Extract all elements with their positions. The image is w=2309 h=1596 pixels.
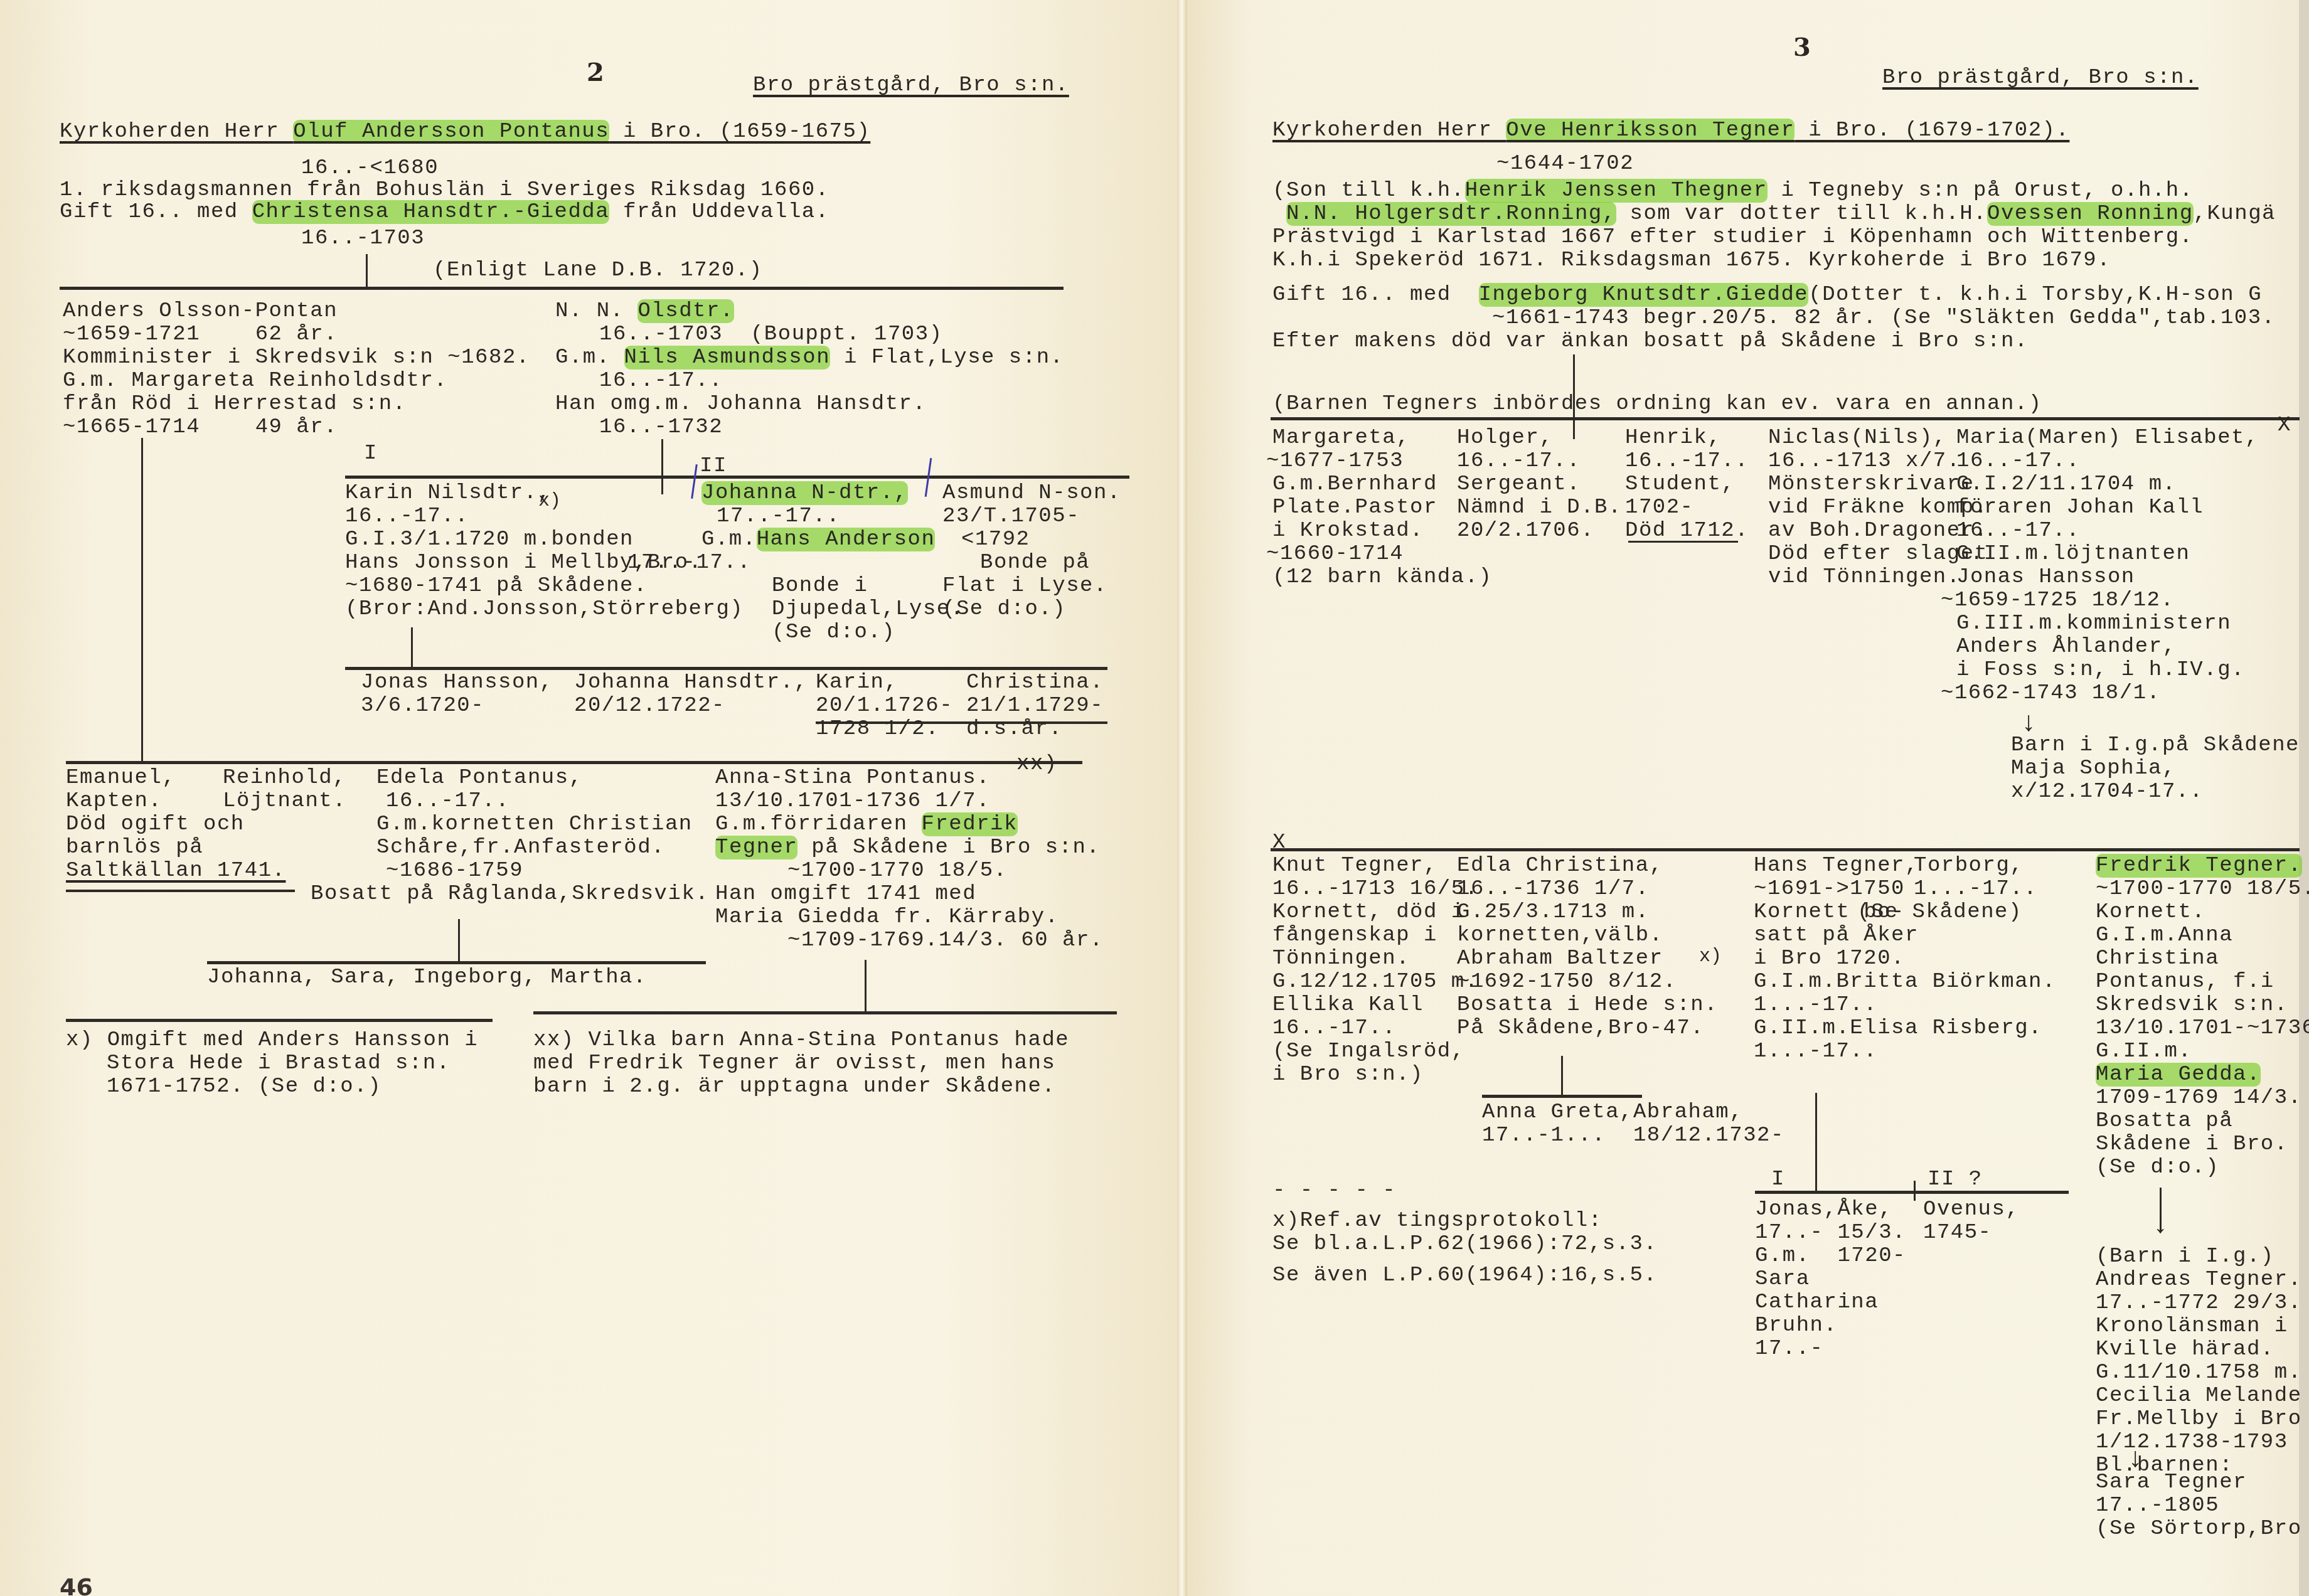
karin-line: ~1680-1741 på Skådene. xyxy=(345,575,648,598)
child-line: Johanna Hansdtr., xyxy=(574,671,808,694)
child-line: Tönningen. xyxy=(1272,947,1410,971)
child-line: 20/1.1726- xyxy=(816,694,953,718)
child-line: Nämnd i D.B. xyxy=(1457,496,1622,519)
child-line: föraren Johan Kall xyxy=(1956,496,2204,519)
anna-stina-line: ~1709-1769.14/3. 60 år. xyxy=(787,929,1104,952)
fredrik-line: Fr.Mellby i Bro xyxy=(2096,1408,2302,1431)
marriage-line: Gift 16.. med Christensa Hansdtr.-Giedda… xyxy=(60,201,829,224)
fredrik-line: Bosatta på xyxy=(2096,1110,2233,1133)
child-line: Catharina xyxy=(1755,1291,1879,1314)
child-line: Edla Christina, xyxy=(1457,854,1663,878)
fredrik-line: Sara Tegner xyxy=(2096,1471,2247,1494)
marriage-label: I xyxy=(364,442,378,465)
child-line: ~1691->1750 xyxy=(1754,878,1905,901)
page-title: Kyrkoherden Herr Oluf Andersson Pontanus… xyxy=(60,120,870,144)
child-line: Död 1712. xyxy=(1625,519,1749,543)
tree-line xyxy=(66,1019,493,1022)
child-line: Anders Åhlander, xyxy=(1956,636,2176,659)
child-line: satt på Åker xyxy=(1754,924,1919,947)
fredrik-line: Fredrik Tegner. xyxy=(2096,854,2302,878)
child-line: Ellika Kall xyxy=(1272,994,1424,1017)
life-dates: 16..-<1680 xyxy=(301,157,439,180)
child-line: 1702- xyxy=(1625,496,1694,519)
tree-line xyxy=(1815,1093,1817,1193)
child-line: G.I.2/11.1704 m. xyxy=(1956,473,2176,496)
nn-line2: 16..-1703 (Bouppt. 1703) xyxy=(599,323,943,346)
child-line: 21/1.1729- xyxy=(966,694,1104,718)
child-line: 3/6.1720- xyxy=(361,694,484,718)
child-line: ~1659-1725 18/12. xyxy=(1941,589,2174,612)
child-line: 1...-17.. xyxy=(1754,1040,1877,1063)
tree-line xyxy=(1755,1191,2069,1194)
place-header: Bro prästgård, Bro s:n. xyxy=(753,74,1069,97)
emanuel-line: Död ogift och xyxy=(66,813,245,836)
fredrik-line: 13/10.1701-~1736 xyxy=(2096,1017,2309,1040)
johanna-name: Johanna N-dtr., xyxy=(701,482,908,505)
reinhold-line: Reinhold, xyxy=(223,767,346,790)
bio-line: K.h.i Spekeröd 1671. Riksdagsman 1675. K… xyxy=(1272,249,2111,272)
fredrik-line: Pontanus, f.i xyxy=(2096,971,2274,994)
cross-marker: X xyxy=(2278,414,2291,437)
johanna-line: 17..-17.. xyxy=(627,551,751,575)
bio-line: N.N. Holgersdtr.Ronning, som var dotter … xyxy=(1272,203,2276,226)
underline xyxy=(816,721,1107,724)
child-line: 17..- 15/3. xyxy=(1755,1221,1906,1245)
child-line: fångenskap i xyxy=(1272,924,1437,947)
child-line: Niclas(Nils), xyxy=(1768,427,1947,450)
child-line: G.25/3.1713 m. xyxy=(1457,901,1650,924)
child-line: På Skådene,Bro-47. xyxy=(1457,1017,1704,1040)
source-note: (Enligt Lane D.B. 1720.) xyxy=(433,259,763,282)
fredrik-line: Maria Gedda. xyxy=(2096,1063,2261,1087)
nn-line1: N. N. Olsdtr. xyxy=(555,300,734,323)
children-note: (Barnen Tegners inbördes ordning kan ev.… xyxy=(1272,393,2042,416)
child-line: Torborg, xyxy=(1914,854,2024,878)
child-line: G.m.Bernhard xyxy=(1272,473,1437,496)
child-line: 1745- xyxy=(1923,1221,1992,1245)
anna-stina-line: Anna-Stina Pontanus. xyxy=(715,767,990,790)
marriage-label: I xyxy=(1771,1168,1785,1191)
wife-dates: ~1661-1743 begr.20/5. 82 år. (Se "Släkte… xyxy=(1492,307,2276,330)
edela-line: Schåre,fr.Anfasteröd. xyxy=(376,836,665,859)
arrow-down-icon: ↓ xyxy=(2127,1446,2143,1474)
wife-line: Gift 16.. med Ingeborg Knutsdtr.Giedde(D… xyxy=(1272,284,2262,307)
fredrik-line: 1/12.1738-1793 xyxy=(2096,1431,2288,1454)
footnote-mark: x) xyxy=(1699,946,1722,967)
child-line: G.III.m.komministern xyxy=(1956,612,2231,636)
child-line: Sara xyxy=(1755,1268,1810,1291)
johanna-dates: 17..-17.. xyxy=(717,505,840,528)
arrow-down-icon: ↓ xyxy=(2152,1212,2168,1240)
child-line: 16..-1736 1/7. xyxy=(1457,878,1650,901)
child-line: Bruhn. xyxy=(1755,1314,1837,1338)
tree-line xyxy=(1271,417,2300,420)
child-line: Anna Greta,Abraham, xyxy=(1482,1101,1743,1124)
johanna-line: (Se d:o.) xyxy=(772,621,895,644)
child-line: 16..-17.. xyxy=(1272,1017,1396,1040)
fredrik-line: (Barn i I.g.) xyxy=(2096,1245,2274,1269)
child-line: kornetten,välb. xyxy=(1457,924,1663,947)
edela-line: ~1686-1759 xyxy=(386,859,523,883)
tree-line xyxy=(345,667,1107,670)
fredrik-line: G.11/10.1758 m. xyxy=(2096,1361,2302,1385)
fredrik-line: Skredsvik s:n. xyxy=(2096,994,2288,1017)
child-line: Margareta, xyxy=(1272,427,1410,450)
child-line: G.I.m.Britta Biörkman. xyxy=(1754,971,2056,994)
tree-line xyxy=(1561,1056,1563,1097)
page-edge xyxy=(2299,0,2309,1596)
child-line: 16..-17.. xyxy=(1457,450,1581,473)
footnote-line: xx) Vilka barn Anna-Stina Pontanus hade xyxy=(533,1029,1069,1052)
child-line: ~1692-1750 8/12. xyxy=(1457,971,1677,994)
tree-line xyxy=(458,919,460,962)
book-gutter xyxy=(1177,0,1187,1596)
child-line: 1...-17.. xyxy=(1914,878,2037,901)
child-line: Maria(Maren) Elisabet, xyxy=(1956,427,2259,450)
child-line: Knut Tegner, xyxy=(1272,854,1437,878)
tree-line xyxy=(1482,1095,1642,1098)
footnote-mark: xx) xyxy=(1016,753,1058,776)
bio-line: 1. riksdagsmannen från Bohuslän i Sverig… xyxy=(60,179,829,202)
child-line: Abraham Baltzer xyxy=(1457,947,1663,971)
karin-line: 16..-17.. xyxy=(345,505,469,528)
child-line: 17..- xyxy=(1755,1338,1824,1361)
child-line: 16..-17.. xyxy=(1956,519,2080,543)
page-number: 3 xyxy=(1793,33,1811,62)
child-line: ~1662-1743 18/1. xyxy=(1941,682,2160,705)
child-line: Jonas Hansson, xyxy=(361,671,553,694)
fredrik-line: Andreas Tegner. xyxy=(2096,1269,2302,1292)
edela-line: Bosatt på Råglanda,Skredsvik. xyxy=(311,883,709,906)
folio-number: 46 xyxy=(60,1573,93,1596)
asmund-line: Bonde på xyxy=(980,551,1090,575)
anna-stina-line: Tegner på Skådene i Bro s:n. xyxy=(715,836,1100,859)
fredrik-line: Christina xyxy=(2096,947,2219,971)
child-line: 16..-17.. xyxy=(1625,450,1749,473)
nn-line3: G.m. Nils Asmundsson i Flat,Lyse s:n. xyxy=(555,346,1064,370)
spouse-dates: 16..-1703 xyxy=(301,227,425,250)
tree-line xyxy=(207,961,706,964)
child-line: 20/12.1722- xyxy=(574,694,725,718)
child-line: vid Tönningen. xyxy=(1768,566,1961,589)
anders-line: G.m. Margareta Reinholdsdtr. xyxy=(63,370,447,393)
child-line: 1...-17.. xyxy=(1754,994,1877,1017)
fredrik-line: 17..-1772 29/3. xyxy=(2096,1292,2302,1315)
fredrik-line: Kville härad. xyxy=(2096,1338,2274,1361)
asmund-line: Flat i Lyse. xyxy=(942,575,1107,598)
child-line: G.m. 1720- xyxy=(1755,1245,1906,1268)
fredrik-line: Skådene i Bro. xyxy=(2096,1133,2288,1156)
child-line: 17..-1... 18/12.1732- xyxy=(1482,1124,1784,1147)
child-line: 16..-17.. xyxy=(1956,450,2080,473)
marriage-label: II ? xyxy=(1928,1168,1983,1191)
child-line: 16..-1713 x/7. xyxy=(1768,450,1961,473)
emanuel-line: Emanuel, xyxy=(66,767,176,790)
reference-line: x)Ref.av tingsprotokoll: xyxy=(1272,1210,1602,1233)
reference-line: Se bl.a.L.P.62(1966):72,s.3. xyxy=(1272,1233,1657,1256)
tree-line xyxy=(66,761,1082,764)
child-line: 16..-1713 16/5. xyxy=(1272,878,1479,901)
child-line: Jonas,Åke, xyxy=(1755,1198,1892,1221)
life-dates: ~1644-1702 xyxy=(1496,152,1634,176)
anna-stina-line: Maria Giedda fr. Kärraby. xyxy=(715,906,1059,929)
asmund-line: Asmund N-son. xyxy=(942,482,1121,505)
fredrik-line: Cecilia Melande xyxy=(2096,1385,2302,1408)
child-line: (Se Ingalsröd, xyxy=(1272,1040,1465,1063)
footnote-line: barn i 2.g. är upptagna under Skådene. xyxy=(533,1075,1055,1099)
marriage-label: II xyxy=(700,455,727,478)
johanna-marriage: G.m.Hans Anderson xyxy=(701,528,935,551)
maria-child-line: Maja Sophia, xyxy=(2011,757,2176,780)
place-header: Bro prästgård, Bro s:n. xyxy=(1882,66,2199,90)
underline xyxy=(66,890,295,892)
emanuel-line: Kapten. xyxy=(66,790,162,813)
child-line: Student, xyxy=(1625,473,1735,496)
karin-line: (Bror:And.Jonsson,Störreberg) xyxy=(345,598,744,621)
emanuel-line: barnlös på xyxy=(66,836,203,859)
child-line: Kornett, död i xyxy=(1272,901,1465,924)
anna-stina-line: 13/10.1701-1736 1/7. xyxy=(715,790,990,813)
child-line: Sergeant. xyxy=(1457,473,1581,496)
child-line: i Bro 1720. xyxy=(1754,947,1905,971)
tree-line xyxy=(345,476,1129,479)
reinhold-line: Löjtnant. xyxy=(223,790,346,813)
tree-line xyxy=(865,960,867,1013)
page-number: 2 xyxy=(587,58,604,87)
page-title: Kyrkoherden Herr Ove Henriksson Tegner i… xyxy=(1272,119,2069,142)
child-line: Christina. xyxy=(966,671,1104,694)
footnote-line: Stora Hede i Brastad s:n. xyxy=(107,1052,451,1075)
child-line: G.II.m.Elisa Risberg. xyxy=(1754,1017,2042,1040)
maria-child-line: x/12.1704-17.. xyxy=(2011,780,2204,804)
anna-stina-line: ~1700-1770 18/5. xyxy=(787,859,1007,883)
footnote-line: x) Omgift med Anders Hansson i xyxy=(66,1029,478,1052)
child-line: i Krokstad. xyxy=(1272,519,1424,543)
asmund-line: (Se d:o.) xyxy=(942,598,1066,621)
anders-line: Anders Olsson-Pontan xyxy=(63,300,338,323)
child-line: Holger, xyxy=(1457,427,1553,450)
footnote-line: med Fredrik Tegner är ovisst, men hans xyxy=(533,1052,1055,1075)
child-line: Jonas Hansson xyxy=(1956,566,2135,589)
child-line: Bosatta i Hede s:n. xyxy=(1457,994,1718,1017)
child-line: ~1660-1714 xyxy=(1266,543,1404,566)
asmund-line: 23/T.1705- xyxy=(942,505,1080,528)
bio-line: Prästvigd i Karlstad 1667 efter studier … xyxy=(1272,226,2194,249)
child-line: Hans Tegner, xyxy=(1754,854,1919,878)
child-line: 20/2.1706. xyxy=(1457,519,1594,543)
footnote-line: 1671-1752. (Se d:o.) xyxy=(107,1075,381,1099)
child-line: Ovenus, xyxy=(1923,1198,2019,1221)
edela-line: Edela Pontanus, xyxy=(376,767,583,790)
child-line: (Se Skådene) xyxy=(1857,901,2022,924)
fredrik-line: (Se Sörtorp,Bro xyxy=(2096,1518,2302,1541)
edela-children: Johanna, Sara, Ingeborg, Martha. xyxy=(207,966,647,989)
child-line: vid Fräkne komp. xyxy=(1768,496,1988,519)
highlight-name: Oluf Andersson Pontanus xyxy=(293,120,609,144)
karin-line: Karin Nilsdtr., xyxy=(345,482,552,505)
tree-line xyxy=(1271,848,2300,851)
tree-line xyxy=(661,439,663,494)
tree-line xyxy=(1914,1181,1916,1201)
child-line: Karin, xyxy=(816,671,898,694)
anna-stina-line: G.m.förridaren Fredrik xyxy=(715,813,1018,836)
johanna-line: Bonde i xyxy=(772,575,868,598)
tree-line xyxy=(141,438,143,764)
edela-line: 16..-17.. xyxy=(386,790,509,813)
tree-line xyxy=(366,254,368,287)
fredrik-line: (Se d:o.) xyxy=(2096,1156,2219,1179)
fredrik-line: G.I.m.Anna xyxy=(2096,924,2233,947)
left-page xyxy=(0,0,1180,1596)
child-line: Plate.Pastor xyxy=(1272,496,1437,519)
underline xyxy=(1628,541,1738,543)
nn-line5: Han omg.m. Johanna Hansdtr. xyxy=(555,393,926,416)
asmund-line: <1792 xyxy=(961,528,1030,551)
tree-line xyxy=(411,627,413,668)
child-line: G.II.m.löjtnanten xyxy=(1956,543,2190,566)
nn-line6: 16..-1732 xyxy=(599,416,723,439)
separator: - - - - - xyxy=(1272,1179,1396,1203)
child-line: G.12/12.1705 m. xyxy=(1272,971,1479,994)
fredrik-line: G.II.m. xyxy=(2096,1040,2192,1063)
anders-line: Komminister i Skredsvik s:n ~1682. xyxy=(63,346,530,370)
bio-line: (Son till k.h.Henrik Jenssen Thegner i T… xyxy=(1272,179,2194,203)
anders-line: ~1665-1714 49 år. xyxy=(63,416,338,439)
nn-line4: 16..-17.. xyxy=(599,370,723,393)
karin-line: G.I.3/1.1720 m.bonden xyxy=(345,528,634,551)
fredrik-line: 1709-1769 14/3. xyxy=(2096,1087,2302,1110)
fredrik-line: Kronolänsman i xyxy=(2096,1315,2288,1338)
anders-line: ~1659-1721 62 år. xyxy=(63,323,338,346)
emanuel-line: Saltkällan 1741. xyxy=(66,859,285,883)
edela-line: G.m.kornetten Christian xyxy=(376,813,693,836)
fredrik-line: ~1700-1770 18/5. xyxy=(2096,878,2309,901)
child-line: (12 barn kända.) xyxy=(1272,566,1492,589)
child-line: av Boh.Dragoner. xyxy=(1768,519,1988,543)
child-line: Mönsterskrivare xyxy=(1768,473,1975,496)
fredrik-line: Kornett. xyxy=(2096,901,2205,924)
child-line: i Bro s:n.) xyxy=(1272,1063,1424,1087)
footnote-mark: x) xyxy=(538,491,561,512)
anders-line: från Röd i Herrestad s:n. xyxy=(63,393,407,416)
maria-child-line: Barn i I.g.på Skådene xyxy=(2011,734,2300,757)
child-line: Henrik, xyxy=(1625,427,1721,450)
tree-line xyxy=(533,1011,1117,1014)
child-line: Död efter slaget xyxy=(1768,543,1988,566)
widow-line: Efter makens död var änkan bosatt på Skå… xyxy=(1272,330,2029,353)
anna-stina-line: Han omgift 1741 med xyxy=(715,883,976,906)
reference-line: Se även L.P.60(1964):16,s.5. xyxy=(1272,1264,1657,1287)
child-line: i Foss s:n, i h.IV.g. xyxy=(1956,659,2245,682)
johanna-line: Djupedal,Lyse. xyxy=(772,598,964,621)
tree-line xyxy=(60,287,1064,290)
fredrik-line: 17..-1805 xyxy=(2096,1494,2219,1518)
child-line: ~1677-1753 xyxy=(1266,450,1404,473)
